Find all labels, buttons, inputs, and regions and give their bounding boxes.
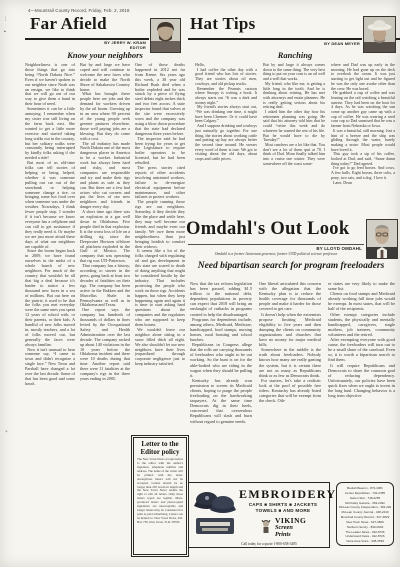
phone-entry: Northern Sentry - 839-0946 — [339, 525, 391, 530]
caps-and-shirts-image — [192, 488, 238, 542]
ad-brand-prints: Prints — [275, 532, 325, 539]
omdahl-column-1: Now that the tax reform legislation has … — [190, 281, 252, 477]
omdahl-credit-line: Omdahl is a former lieutenant governor, … — [188, 252, 364, 256]
dean-meyer-photo — [363, 16, 396, 53]
scan-artifact: + — [5, 430, 8, 435]
letter-policy-body: The New Town News accepts letters to the… — [137, 458, 183, 524]
viking-mascot-icon — [259, 519, 273, 535]
omdahl-headline: Omdahl's Out Look — [186, 219, 349, 240]
jerry-kram-photo — [150, 18, 181, 53]
hat-tips-byline: BY DEAN MEYER — [270, 41, 360, 46]
omdahl-deck-headline: Need bipartisan search for program freel… — [186, 261, 396, 271]
letter-policy-box: Letter to the Editor policy The New Town… — [133, 437, 187, 555]
hat-tips-column-1: Hello, I had coffee the other day with a… — [195, 63, 257, 215]
man-beard-headshot-icon — [151, 19, 180, 52]
newspaper-page: ¦ ▪ + 4—Mountrail County Record, Friday,… — [0, 0, 400, 567]
far-afield-subtitle: Know your neighbors — [25, 50, 185, 60]
phone-entry: Velva Area Voice - 338-2599 — [339, 539, 391, 544]
phone-entry: Center Republican - 794-2355 — [339, 491, 391, 496]
viking-mascot — [259, 519, 273, 535]
hat-tips-rule-end — [396, 38, 400, 40]
ad-items-line2: TOWELS ■ AND MORE — [239, 508, 327, 514]
embroidery-ad-box: EMBROIDERY CAPS ■ SHIRTS ■ JACKETS TOWEL… — [188, 482, 330, 548]
caps-apparel-icon — [192, 488, 238, 542]
hat-tips-column-2: But by and large it always comes down to… — [263, 63, 325, 215]
ad-headline: EMBROIDERY — [239, 487, 327, 502]
far-afield-column-1: Neighborliness is one of those things th… — [25, 63, 75, 553]
ad-cta-line: Call today for a quote 1-800-658-3485 — [219, 542, 319, 546]
omdahl-column-2: One liberal articulated this concern wit… — [259, 281, 321, 477]
scan-artifact: ¦ — [5, 17, 6, 22]
far-afield-headline: Far Afield — [30, 14, 107, 34]
newspaper-phone-directory: Beulah Beacon - 873-4381 Center Republic… — [336, 482, 394, 546]
lloyd-omdahl-photo — [366, 219, 398, 259]
far-afield-column-2: But by and large we have coped and will … — [80, 63, 130, 553]
elderly-man-glasses-headshot-icon — [367, 220, 397, 258]
hat-tips-rule — [188, 38, 362, 40]
letter-policy-title-line2: Editor policy — [137, 449, 183, 457]
hat-tips-column-3: where and Dad was up early in the mornin… — [331, 63, 395, 215]
masthead-line: 4—Mountrail County Record, Friday, Feb. … — [28, 8, 130, 13]
omdahl-column-3: er states are very likely to make the sa… — [328, 281, 395, 477]
omdahl-rule — [188, 244, 364, 245]
scan-artifact: ▪ — [4, 30, 6, 35]
omdahl-byline: BY LLOYD OMDAHL — [270, 246, 362, 251]
cowboy-hat-headshot-icon — [364, 17, 395, 52]
hat-tips-headline: Hat Tips — [190, 14, 256, 34]
far-afield-column-3: One of those deaths happened in 2012 not… — [135, 63, 185, 433]
hat-tips-subtitle: Ranching — [200, 50, 390, 60]
